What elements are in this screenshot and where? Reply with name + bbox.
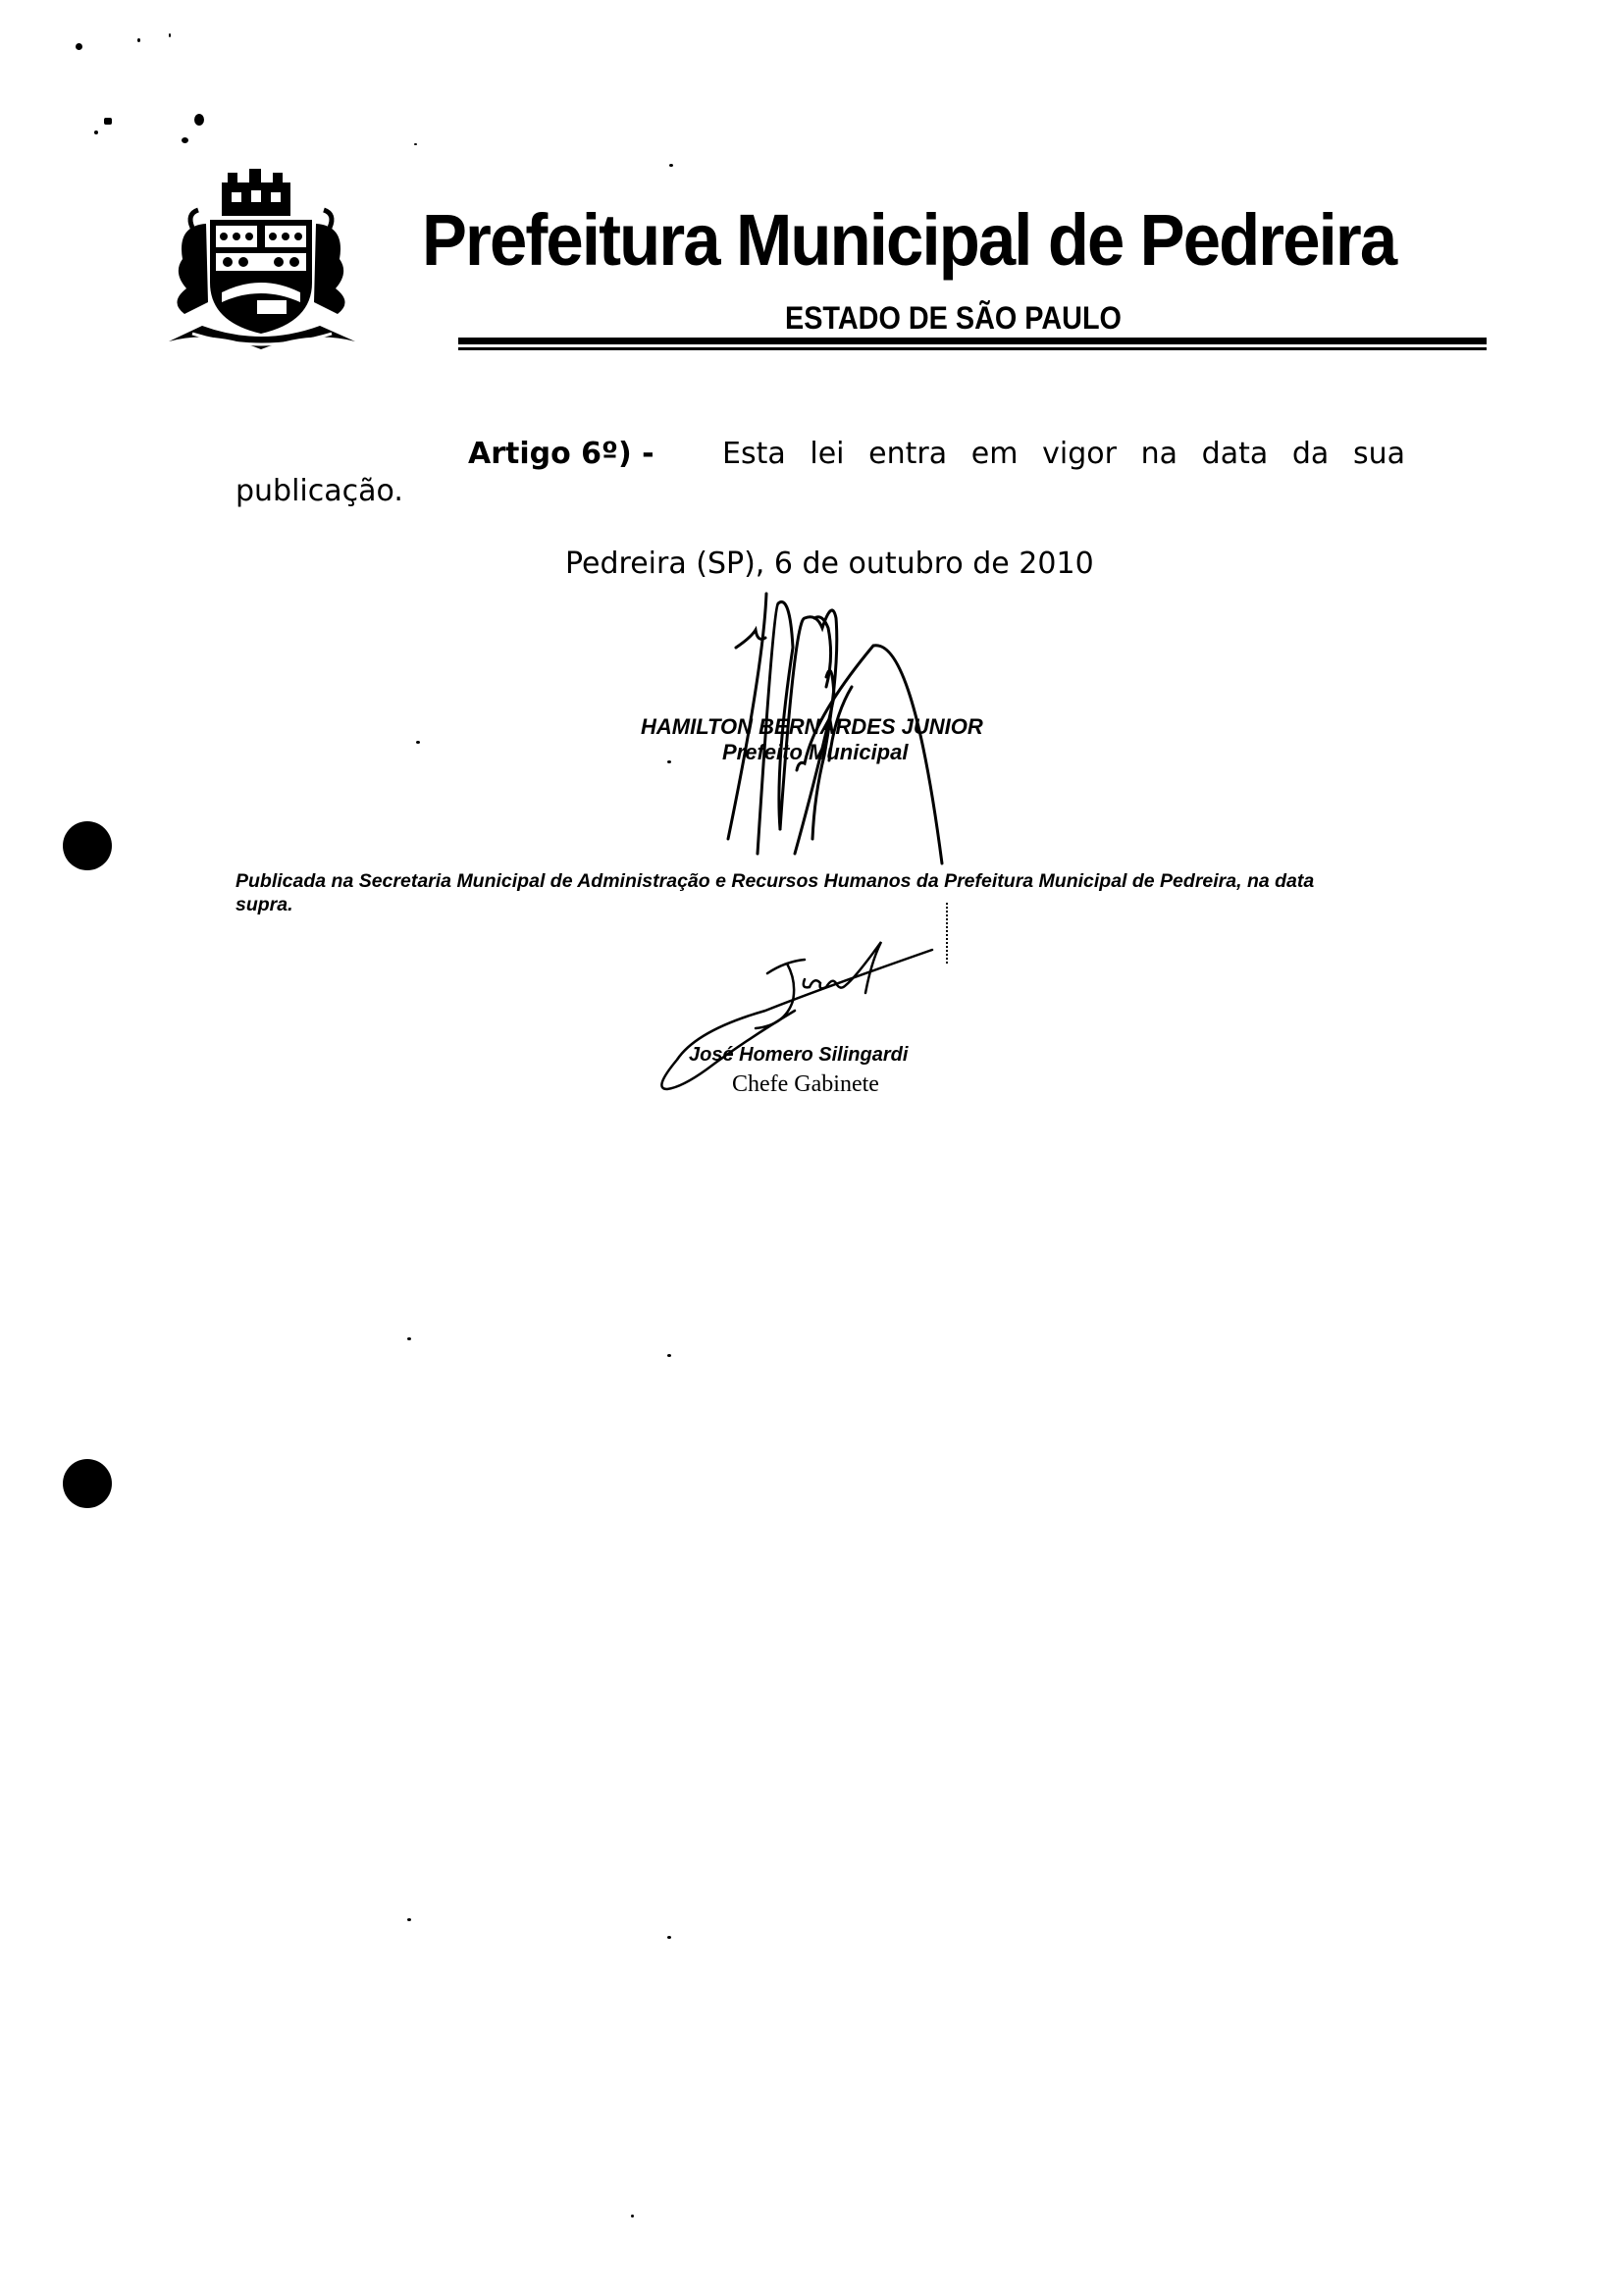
scan-speck xyxy=(416,741,420,744)
scan-speck xyxy=(169,33,171,37)
punch-hole xyxy=(63,821,112,870)
article-text-continuation: publicação. xyxy=(235,477,403,506)
scan-speck xyxy=(182,137,188,143)
scan-speck xyxy=(631,2215,634,2218)
article-label: Artigo 6º) - xyxy=(468,440,654,469)
scan-speck xyxy=(194,114,204,126)
scan-speck xyxy=(104,118,112,125)
signer-role: Prefeito Municipal xyxy=(722,740,908,765)
header-divider xyxy=(458,347,1487,350)
place-date: Pedreira (SP), 6 de outubro de 2010 xyxy=(565,549,1094,579)
scan-speck xyxy=(414,143,417,145)
punch-hole xyxy=(63,1459,112,1508)
scan-speck xyxy=(667,1354,671,1357)
scan-speck xyxy=(94,130,98,134)
page-title: Prefeitura Municipal de Pedreira xyxy=(422,204,1395,277)
municipal-coat-of-arms-icon xyxy=(163,165,379,351)
signer-name: HAMILTON BERNARDES JUNIOR xyxy=(641,714,983,740)
signer-role: Chefe Gabinete xyxy=(732,1071,879,1098)
scan-speck xyxy=(137,38,140,42)
header-divider xyxy=(458,338,1487,344)
article-text: Esta lei entra em vigor na data da sua xyxy=(722,440,1405,469)
scan-speck xyxy=(76,43,82,50)
publication-note: Publicada na Secretaria Municipal de Adm… xyxy=(235,869,1334,916)
page-subtitle: ESTADO DE SÃO PAULO xyxy=(785,302,1122,334)
scan-speck xyxy=(669,164,673,167)
scan-speck xyxy=(667,1936,671,1939)
scan-speck xyxy=(407,1918,411,1921)
signer-name: José Homero Silingardi xyxy=(689,1044,908,1067)
scan-speck xyxy=(407,1337,411,1340)
